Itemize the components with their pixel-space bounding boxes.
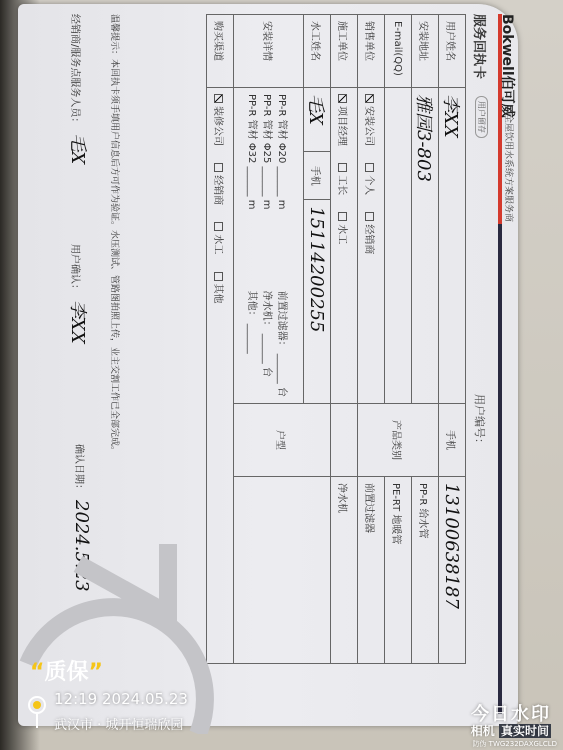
watermark-location: 武汉市 · 城开恒瑞欣园	[54, 714, 183, 733]
user-name-label: 用户姓名	[439, 15, 466, 88]
construction-unit-options: 项目经理 工长 水工	[331, 88, 358, 404]
pipe-items: PP-R 管材 Φ20 ______ m PP-R 管材 Φ25 ______ …	[246, 94, 291, 209]
option-dealer[interactable]: 经销商	[213, 163, 224, 205]
install-detail-label: 安装详情	[234, 15, 304, 88]
option-install-company[interactable]: 安装公司	[364, 94, 375, 146]
product-category-label: 产品类别	[358, 403, 439, 476]
receipt-form-table: 用户姓名 李XX 手机 13100638187 安装地址 雅园3-803 产品类…	[206, 14, 466, 664]
address-value[interactable]: 雅园3-803	[412, 88, 439, 404]
checkbox-checked[interactable]	[214, 94, 223, 103]
brand-slogan: 全屋饮用水系统方案服务商	[503, 114, 516, 222]
checkbox[interactable]	[214, 222, 223, 231]
device-item: 净水机： ______ 台	[261, 291, 276, 397]
option-individual[interactable]: 个人	[364, 163, 375, 195]
card-badge: 用户留存	[475, 96, 488, 138]
location-pin-stem	[36, 714, 38, 728]
device-item: 前置过滤器： ______ 台	[276, 291, 291, 397]
phone-value[interactable]: 13100638187	[439, 476, 466, 663]
checkbox[interactable]	[214, 163, 223, 172]
plumber-name-label: 水工姓名	[304, 15, 331, 88]
plumber-phone-value[interactable]: 15114200255	[304, 200, 331, 404]
checkbox[interactable]	[365, 212, 374, 221]
watermark-app-sub: 相机 真实时间	[471, 722, 551, 739]
checkbox[interactable]	[338, 163, 347, 172]
checkbox-checked[interactable]	[365, 94, 374, 103]
watermark-anti-fake-code: 防伪 TWG232DAXGLCLD	[472, 739, 557, 749]
checkbox[interactable]	[214, 272, 223, 281]
watermark-label: “质保”	[30, 655, 103, 686]
checkbox[interactable]	[365, 163, 374, 172]
pipe-item: PP-R 管材 Φ32 ______ m	[246, 94, 261, 209]
service-person-signature[interactable]: 经销商/服务点服务人员：毛X	[66, 14, 92, 164]
product-item: PE-RT 地暖管	[385, 476, 412, 663]
house-type-value[interactable]	[234, 476, 331, 663]
address-label: 安装地址	[412, 15, 439, 88]
construction-unit-label: 施工单位	[331, 15, 358, 88]
product-item: PP-R 给水管	[412, 476, 439, 663]
user-confirm-signature[interactable]: 用户确认：李XX	[66, 244, 92, 344]
pipe-item: PP-R 管材 Φ25 ______ m	[261, 94, 276, 209]
option-decoration-company[interactable]: 装修公司	[213, 94, 224, 146]
option-plumber[interactable]: 水工	[213, 222, 224, 254]
plumber-phone-label: 手机	[304, 152, 331, 200]
brand-bar	[498, 14, 502, 714]
option-plumber[interactable]: 水工	[337, 212, 348, 244]
location-pin-icon	[28, 696, 46, 714]
purchase-channel-label: 购买渠道	[207, 15, 234, 88]
watermark-datetime: 12:19 2024.05.23	[54, 690, 188, 708]
device-item: 其他： ______	[246, 291, 261, 397]
checkbox[interactable]	[338, 212, 347, 221]
pipe-item: PP-R 管材 Φ20 ______ m	[276, 94, 291, 209]
option-foreman[interactable]: 工长	[337, 163, 348, 195]
email-label: E-mail(QQ)	[385, 15, 412, 88]
user-name-value[interactable]: 李XX	[439, 88, 466, 404]
sales-unit-label: 销售单位	[358, 15, 385, 88]
option-project-manager[interactable]: 项目经理	[337, 94, 348, 146]
device-items: 前置过滤器： ______ 台 净水机： ______ 台 其他： ______	[246, 291, 291, 397]
plumber-name-value[interactable]: 毛X	[304, 88, 331, 152]
checkbox-checked[interactable]	[338, 94, 347, 103]
sales-unit-options: 安装公司 个人 经销商	[358, 88, 385, 404]
empty-cell	[331, 403, 358, 476]
option-other[interactable]: 其他	[213, 272, 224, 304]
house-type-label: 户型	[234, 403, 331, 476]
phone-label: 手机	[439, 403, 466, 476]
table-row: 销售单位 安装公司 个人 经销商 前置过滤器	[358, 15, 385, 664]
product-item: 前置过滤器	[358, 476, 385, 663]
card-title: 服务回执卡	[471, 14, 490, 79]
install-detail-items: PP-R 管材 Φ20 ______ m PP-R 管材 Φ25 ______ …	[234, 88, 304, 404]
warranty-card-paper: Bokwell伯可威 全屋饮用水系统方案服务商 服务回执卡 用户留存 用户编号：…	[18, 4, 518, 726]
table-row: E-mail(QQ) PE-RT 地暖管	[385, 15, 412, 664]
table-row: 施工单位 项目经理 工长 水工 净水机	[331, 15, 358, 664]
option-dealer[interactable]: 经销商	[364, 212, 375, 254]
table-row: 水工姓名 毛X 手机 15114200255 户型	[304, 15, 331, 664]
email-value[interactable]	[385, 88, 412, 404]
table-row: 安装地址 雅园3-803 产品类别 PP-R 给水管	[412, 15, 439, 664]
product-item: 净水机	[331, 476, 358, 663]
table-row: 用户姓名 李XX 手机 13100638187	[439, 15, 466, 664]
user-number-label: 用户编号：	[472, 394, 488, 449]
brand-logo: Bokwell伯可威	[498, 14, 518, 118]
